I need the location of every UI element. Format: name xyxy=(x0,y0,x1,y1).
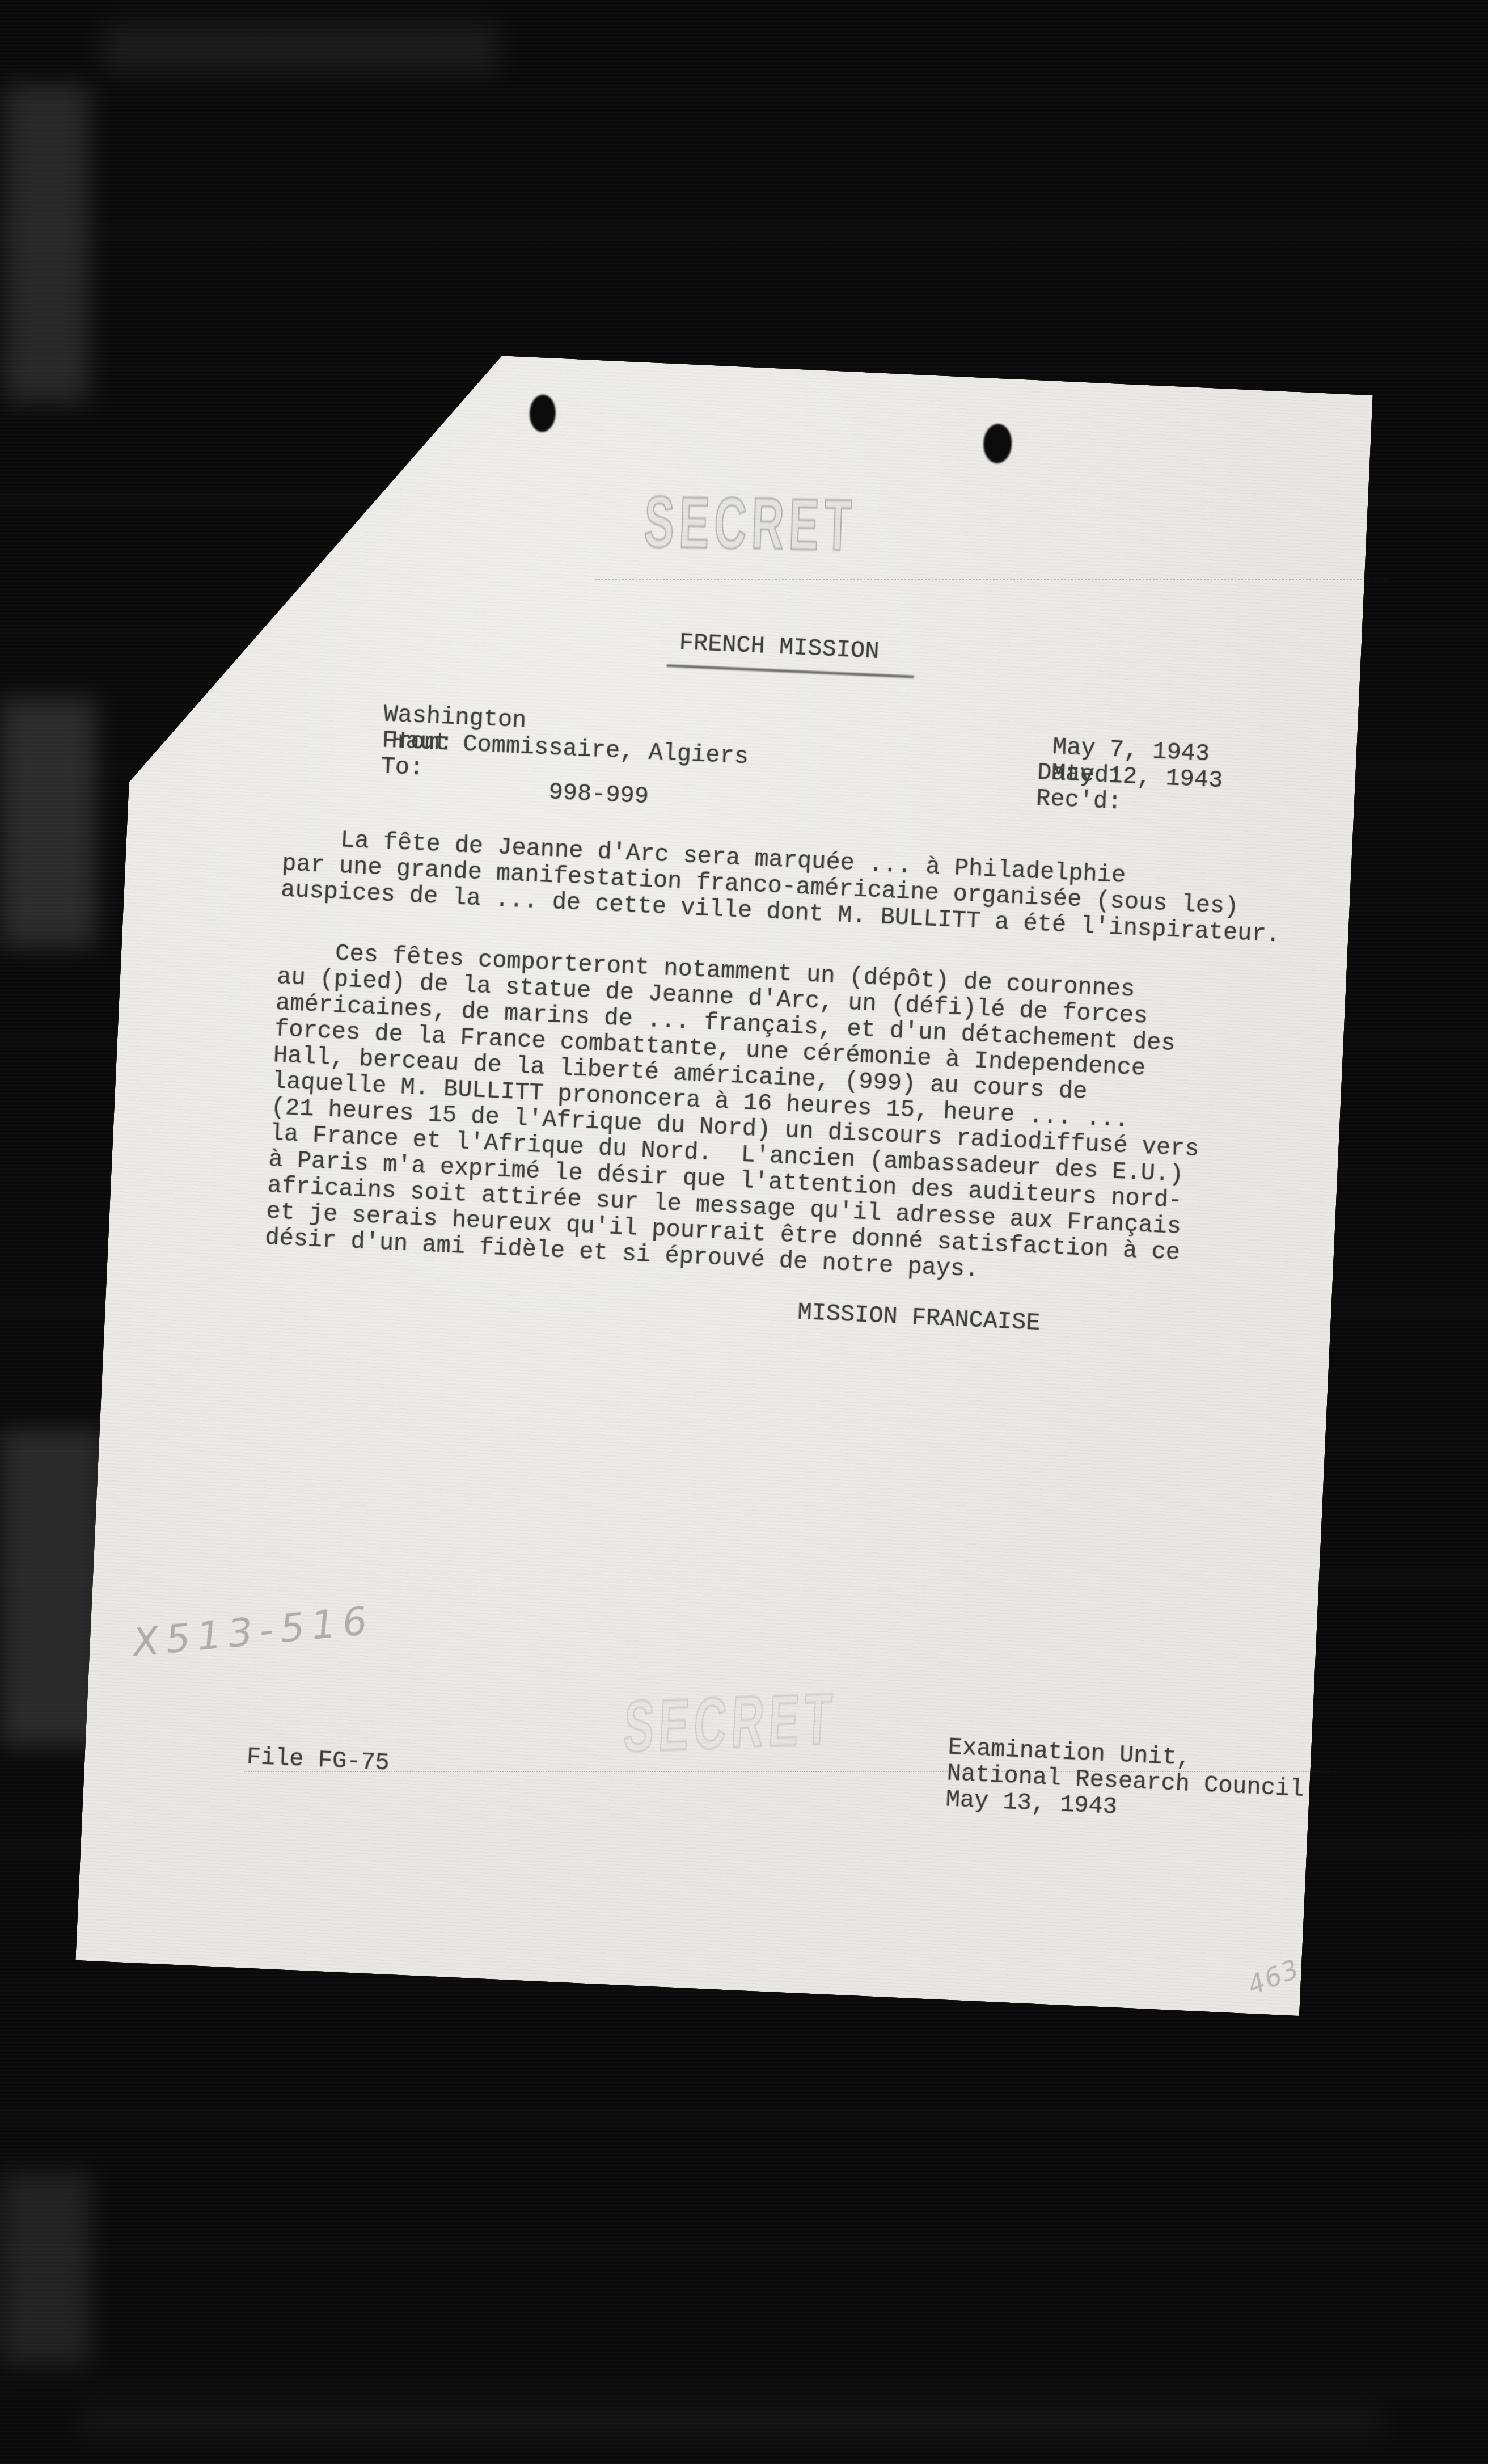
message-number: 998-999 xyxy=(548,779,649,810)
received-line: Rec'd: May 12, 1943 xyxy=(948,756,1124,868)
photostat-background: SECRET FRENCH MISSION From: Washington T… xyxy=(0,0,1488,2464)
film-streak xyxy=(5,85,90,403)
paragraph-2: Ces fêtes comporteront notamment un (dép… xyxy=(264,938,1207,1293)
paragraph-1: La fête de Jeanne d'Arc sera marquée ...… xyxy=(280,825,1283,948)
punch-hole-right xyxy=(983,423,1013,464)
secret-stamp-top: SECRET xyxy=(643,486,857,562)
to-label: To: xyxy=(380,753,424,782)
secret-stamp-bottom: SECRET xyxy=(622,1683,839,1764)
title-underline xyxy=(667,664,914,678)
examination-block: Examination Unit, National Research Coun… xyxy=(945,1734,1306,1828)
file-number: File FG-75 xyxy=(246,1744,390,1776)
page-title: FRENCH MISSION xyxy=(679,630,880,665)
received-label: Rec'd: xyxy=(1035,785,1122,816)
to-line: To: Haut Commissaire, Algiers xyxy=(292,724,425,834)
film-streak xyxy=(79,2405,1384,2439)
signature-block: MISSION FRANCAISE xyxy=(797,1299,1041,1336)
film-streak xyxy=(102,23,499,74)
handwritten-reference: X513-516 xyxy=(130,1598,375,1666)
film-streak xyxy=(0,698,96,947)
pencil-page-number: 463 xyxy=(1243,1953,1304,2001)
document-page: SECRET FRENCH MISSION From: Washington T… xyxy=(75,340,1373,2016)
film-streak xyxy=(0,2172,91,2365)
punch-hole-left xyxy=(529,394,556,433)
